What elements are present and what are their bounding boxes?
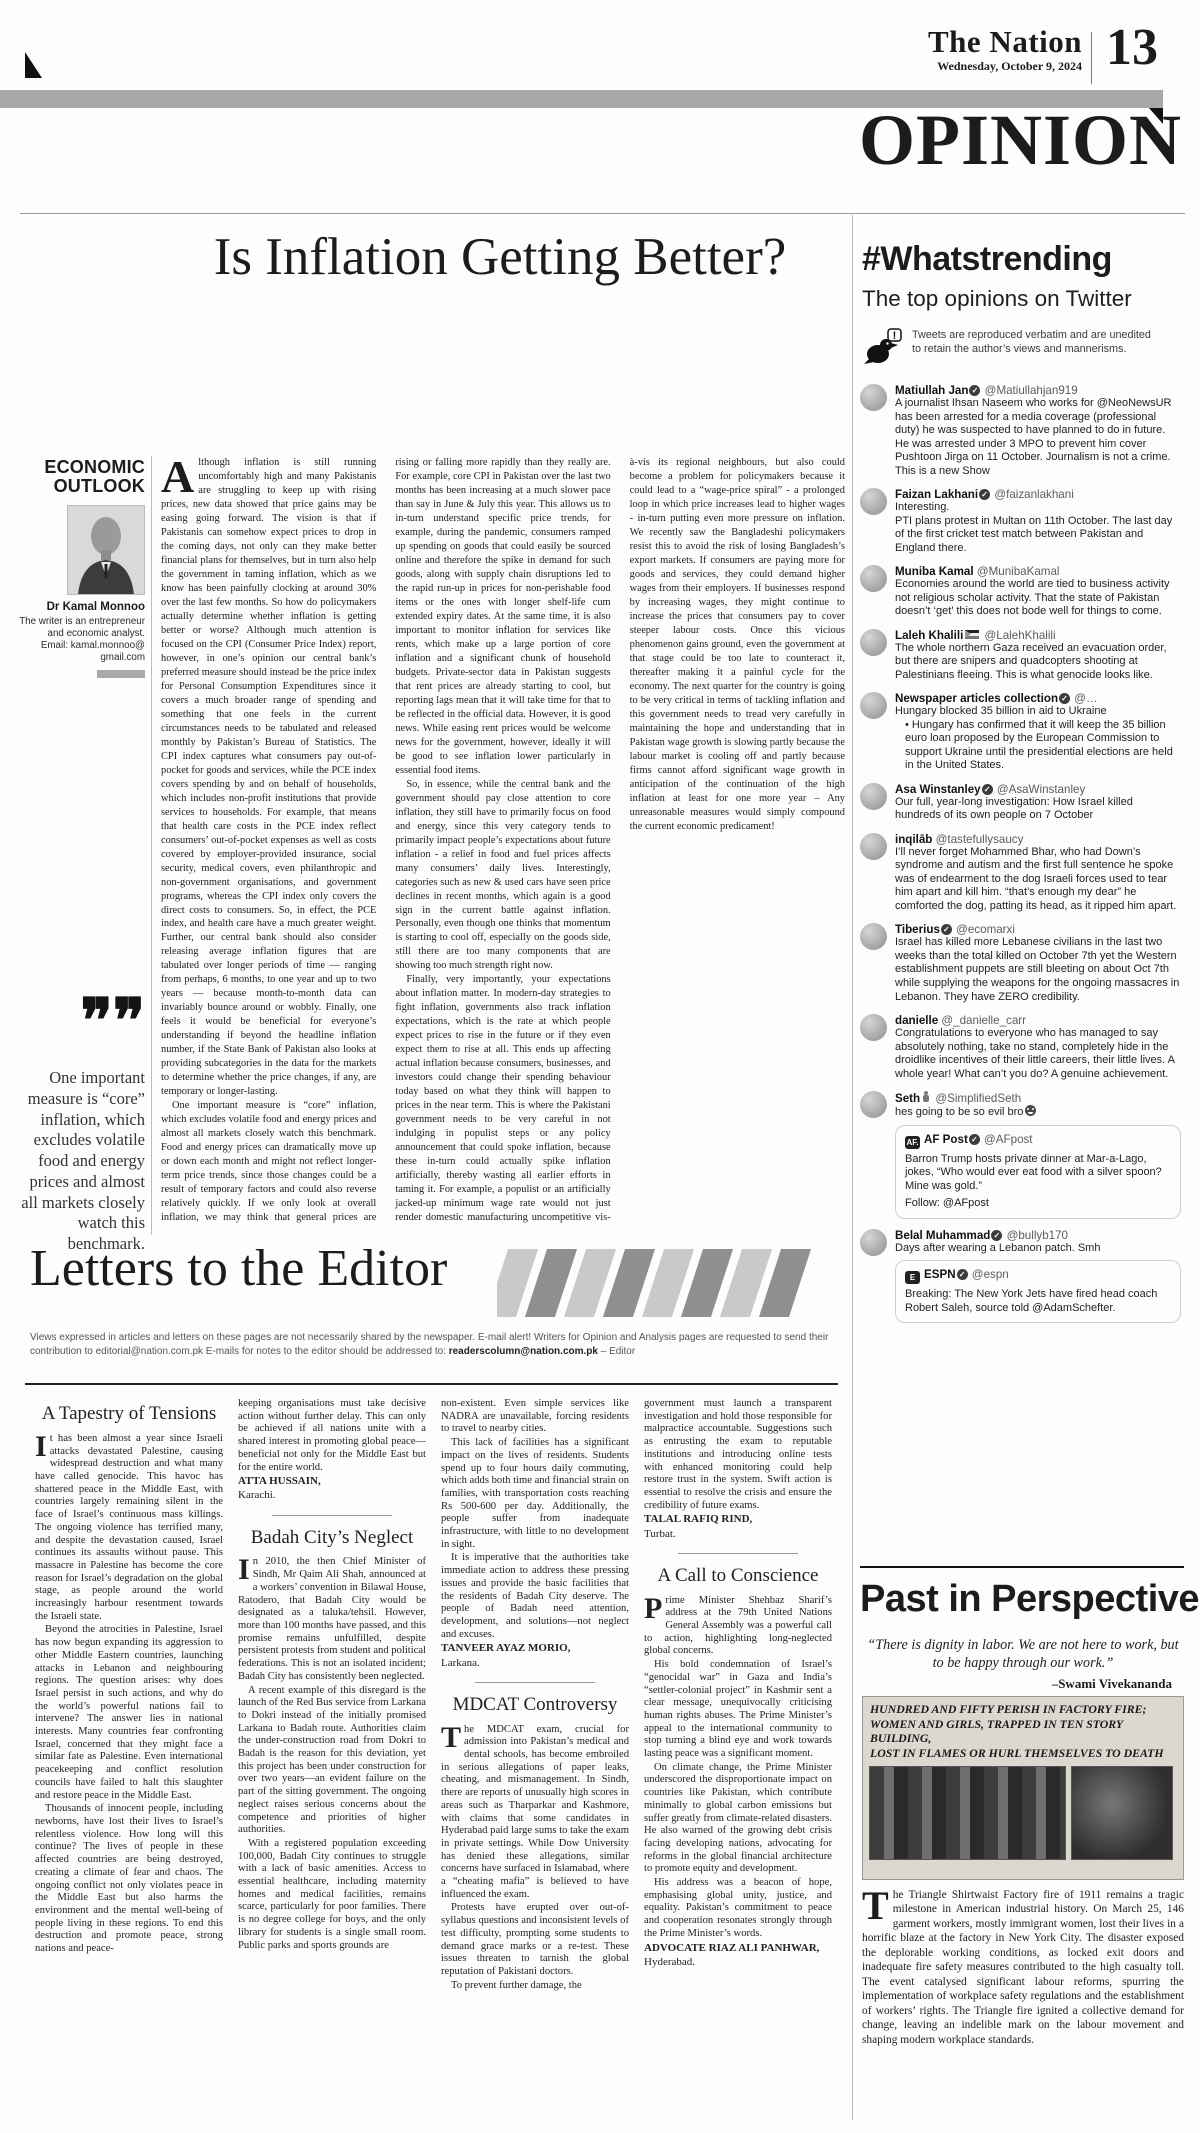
letters-section-title: Letters to the Editor (30, 1243, 447, 1295)
clipping-headline-line: HUNDRED AND FIFTY PERISH IN FACTORY FIRE… (870, 1702, 1176, 1717)
clipping-headline-line: WOMEN AND GIRLS, TRAPPED IN TEN STORY BU… (870, 1717, 1176, 1746)
tweet-handle: @tastefullysaucy (932, 833, 1023, 846)
letter-paragraph: Prime Minister Shehbaz Sharif’s address … (644, 1595, 832, 1659)
tweet-author: Seth @SimplifiedSeth (895, 1091, 1181, 1105)
tweet: Muniba Kamal @MunibaKamalEconomies aroun… (860, 565, 1185, 619)
quote-marks-icon: ❞❞ (18, 1006, 145, 1036)
avatar (860, 833, 887, 860)
quoted-author-name: ESPN (924, 1268, 956, 1281)
letter-heading: MDCAT Controversy (441, 1695, 629, 1716)
tweet-text: Congratulations to everyone who has mana… (895, 1027, 1181, 1081)
tweet-author: Newspaper articles collection✓ @… (895, 692, 1181, 705)
tweet-handle: @_danielle_carr (938, 1014, 1026, 1027)
letter-signature: TALAL RAFIQ RIND, (644, 1513, 832, 1526)
tweet-author-name: Matiullah Jan (895, 384, 968, 397)
tweet-body: Matiullah Jan✓ @Matiullahjan919A journal… (895, 384, 1181, 478)
masthead: The Nation Wednesday, October 9, 2024 (928, 26, 1082, 74)
clipping-headline: HUNDRED AND FIFTY PERISH IN FACTORY FIRE… (863, 1697, 1183, 1764)
quoted-tweet-paragraph: Barron Trump hosts private dinner at Mar… (905, 1153, 1171, 1194)
tweet-author: Tiberius✓ @ecomarxi (895, 923, 1181, 936)
svg-text:!: ! (893, 330, 897, 342)
avatar (860, 692, 887, 719)
quoted-handle: @espn (969, 1268, 1009, 1281)
letter-paragraph: On climate change, the Prime Minister un… (644, 1762, 832, 1876)
tweet: Faizan Lakhani✓ @faizanlakhaniInterestin… (860, 488, 1185, 555)
tweet-author-name: Laleh Khalili (895, 629, 963, 642)
letters-rule (25, 1383, 838, 1385)
letter-paragraph: His bold condemnation of Israel’s “genoc… (644, 1659, 832, 1761)
tweet-author-name: Newspaper articles collection (895, 692, 1058, 705)
author-column: ECONOMIC OUTLOOK Dr Kamal Monnoo The wri… (18, 458, 145, 678)
sidebar-rule (852, 215, 853, 2120)
letter-paragraph: non-existent. Even simple services like … (441, 1398, 629, 1436)
author-name: Dr Kamal Monnoo (18, 601, 145, 613)
letter-signature-block: TANVEER AYAZ MORIO,Larkana. (441, 1642, 629, 1669)
letter-signature: ADVOCATE RIAZ ALI PANHWAR, (644, 1942, 832, 1955)
tweet-handle: @Matiullahjan919 (981, 384, 1077, 397)
letter-signature: TANVEER AYAZ MORIO, (441, 1642, 629, 1655)
tweets-list: Matiullah Jan✓ @Matiullahjan919A journal… (860, 384, 1185, 1333)
letter-signature-block: ATTA HUSSAIN,Karachi. (238, 1475, 426, 1502)
author-photo (67, 505, 145, 595)
letter-paragraph: keeping organisations must take decisive… (238, 1398, 426, 1474)
avatar (860, 1091, 887, 1118)
clipping-photo-right (1071, 1766, 1173, 1860)
tweet-paragraph: Congratulations to everyone who has mana… (895, 1027, 1181, 1081)
past-section-title: Past in Perspective (860, 1578, 1199, 1621)
tweet-body: Belal Muhammad✓ @bullyb170Days after wea… (895, 1229, 1181, 1324)
avatar (860, 384, 887, 411)
clipping-photos (863, 1764, 1183, 1862)
tweet-handle: @AsaWinstanley (994, 783, 1086, 796)
letters-column-2: keeping organisations must take decisive… (238, 1398, 426, 2124)
tweet-body: danielle @_danielle_carrCongratulations … (895, 1014, 1181, 1081)
whatstrending-subtitle: The top opinions on Twitter (862, 286, 1132, 312)
tweet-paragraph: A journalist Ihsan Naseem who works for … (895, 397, 1181, 478)
verified-badge-icon: ✓ (957, 1269, 968, 1280)
tweet: Tiberius✓ @ecomarxiIsrael has killed mor… (860, 923, 1185, 1004)
letter-divider (272, 1515, 392, 1516)
letter-paragraph: A recent example of this disregard is th… (238, 1685, 426, 1837)
tweet-paragraph: I’ll never forget Mohammed Bhar, who had… (895, 846, 1181, 914)
tweet-paragraph: Days after wearing a Lebanon patch. Smh (895, 1242, 1181, 1256)
quoted-author-name: AF Post (924, 1133, 968, 1146)
tweet-text: Israel has killed more Lebanese civilian… (895, 936, 1181, 1004)
author-bio: The writer is an entrepreneur and econom… (18, 616, 145, 664)
whatstrending-title: #Whatstrending (862, 240, 1112, 279)
tweet-text: Interesting.PTI plans protest in Multan … (895, 501, 1181, 555)
letter-paragraph: The MDCAT exam, crucial for admission in… (441, 1724, 629, 1902)
tweet-author-name: Faizan Lakhani (895, 488, 978, 501)
letter-city: Larkana. (441, 1657, 629, 1670)
tweet-body: inqilāb @tastefullysaucyI’ll never forge… (895, 833, 1181, 914)
tweet: Asa Winstanley✓ @AsaWinstanleyOur full, … (860, 783, 1185, 823)
verified-badge-icon: ✓ (979, 489, 990, 500)
avatar (860, 1229, 887, 1256)
avatar (860, 923, 887, 950)
tweet-body: Laleh Khalili @LalehKhaliliThe whole nor… (895, 629, 1181, 683)
letter-paragraph: It is imperative that the authorities ta… (441, 1552, 629, 1641)
letter-signature: ATTA HUSSAIN, (238, 1475, 426, 1488)
quoted-handle: @AFpost (981, 1133, 1033, 1146)
letter-city: Hyderabad. (644, 1956, 832, 1969)
quoted-account-logo-icon: E (905, 1271, 920, 1284)
tweet-paragraph: PTI plans protest in Multan on 11th Octo… (895, 515, 1181, 556)
letter-paragraph: To prevent further damage, the (441, 1980, 629, 1993)
page-number: 13 (1106, 18, 1158, 77)
verified-badge-icon: ✓ (969, 1134, 980, 1145)
tweet-paragraph: The whole northern Gaza received an evac… (895, 642, 1181, 683)
tweet-handle: @SimplifiedSeth (932, 1092, 1021, 1105)
whatstrending-note-text: Tweets are reproduced verbatim and are u… (912, 328, 1162, 368)
whatstrending-note: ! Tweets are reproduced verbatim and are… (862, 328, 1184, 368)
author-gray-bar (97, 670, 145, 678)
avatar (860, 629, 887, 656)
verified-badge-icon: ✓ (991, 1230, 1002, 1241)
top-rule (20, 213, 1185, 214)
avatar (860, 565, 887, 592)
tweet-text: I’ll never forget Mohammed Bhar, who had… (895, 846, 1181, 914)
corner-flag-icon (25, 52, 42, 78)
tweet: Belal Muhammad✓ @bullyb170Days after wea… (860, 1229, 1185, 1324)
tweet-handle: @ecomarxi (953, 923, 1015, 936)
past-quote-attribution: –Swami Vivekananda (862, 1676, 1172, 1692)
tweet-author: Faizan Lakhani✓ @faizanlakhani (895, 488, 1181, 501)
quoted-tweet-author: AF.AF Post✓ @AFpost (905, 1133, 1171, 1149)
twitter-bird-icon: ! (862, 328, 904, 368)
tweet-handle: @MunibaKamal (974, 565, 1060, 578)
tweet-body: Newspaper articles collection✓ @…Hungary… (895, 692, 1181, 773)
letter-paragraph: With a registered population exceeding 1… (238, 1838, 426, 1952)
masthead-date: Wednesday, October 9, 2024 (928, 59, 1082, 74)
article-paragraph: Although inflation is still running unco… (161, 456, 376, 1099)
letter-city: Karachi. (238, 1489, 426, 1502)
tweet-handle: @LalehKhalili (981, 629, 1055, 642)
tweet: Matiullah Jan✓ @Matiullahjan919A journal… (860, 384, 1185, 478)
tweet-author: Matiullah Jan✓ @Matiullahjan919 (895, 384, 1181, 397)
avatar (860, 488, 887, 515)
past-body-text: The Triangle Shirtwaist Factory fire of … (862, 1888, 1184, 2098)
crying-face-emoji-icon (1025, 1105, 1036, 1116)
article-headline: Is Inflation Getting Better? (120, 230, 880, 286)
letter-paragraph: Protests have erupted over out-of-syllab… (441, 1902, 629, 1978)
masthead-title: The Nation (928, 26, 1082, 57)
avatar (860, 1014, 887, 1041)
person-emoji-icon (922, 1091, 930, 1102)
verified-badge-icon: ✓ (982, 784, 993, 795)
letters-column-1: A Tapestry of TensionsIt has been almost… (35, 1398, 223, 2124)
tweet-paragraph: • Hungary has confirmed that it will kee… (895, 719, 1181, 773)
tweet-author: Muniba Kamal @MunibaKamal (895, 565, 1181, 578)
letter-divider (475, 1682, 595, 1683)
tweet-author-name: Muniba Kamal (895, 565, 974, 578)
column-rule (151, 456, 152, 1235)
letter-divider (678, 1553, 798, 1554)
letter-heading: Badah City’s Neglect (238, 1528, 426, 1549)
tweet-body: Muniba Kamal @MunibaKamalEconomies aroun… (895, 565, 1181, 619)
clipping-headline-line: LOST IN FLAMES OR HURL THEMSELVES TO DEA… (870, 1746, 1176, 1761)
tweet-text: A journalist Ihsan Naseem who works for … (895, 397, 1181, 478)
letter-paragraph: Thousands of innocent people, including … (35, 1803, 223, 1955)
tweet-author: Belal Muhammad✓ @bullyb170 (895, 1229, 1181, 1242)
letter-paragraph: government must launch a transparent inv… (644, 1398, 832, 1512)
letters-intro-tail: – Editor (598, 1346, 635, 1357)
tweet-author: Asa Winstanley✓ @AsaWinstanley (895, 783, 1181, 796)
tweet-author-name: danielle (895, 1014, 938, 1027)
quoted-account-logo-icon: AF. (905, 1136, 920, 1149)
article-paragraph: So, in essence, while the central bank a… (395, 778, 610, 974)
letter-paragraph: His address was a beacon of hope, emphas… (644, 1877, 832, 1941)
tweet-author: Laleh Khalili @LalehKhalili (895, 629, 1181, 642)
section-title-opinion: OPINION (859, 104, 1182, 176)
past-quote: “There is dignity in labor. We are not h… (862, 1636, 1184, 1673)
tweet-paragraph: Israel has killed more Lebanese civilian… (895, 936, 1181, 1004)
tweet-text: Our full, year-long investigation: How I… (895, 796, 1181, 823)
letter-city: Turbat. (644, 1528, 832, 1541)
tweet-handle: @… (1071, 692, 1098, 705)
quoted-tweet-author: EESPN✓ @espn (905, 1268, 1171, 1284)
tweet-paragraph: Hungary blocked 35 billion in aid to Ukr… (895, 705, 1181, 719)
tweet-author-name: Belal Muhammad (895, 1229, 990, 1242)
tweet-author-name: inqilāb (895, 833, 932, 846)
tweet-text: The whole northern Gaza received an evac… (895, 642, 1181, 683)
letters-intro: Views expressed in articles and letters … (30, 1331, 838, 1359)
letters-column-3: non-existent. Even simple services like … (441, 1398, 629, 2124)
past-rule (860, 1566, 1184, 1568)
tweet-paragraph: Economies around the world are tied to b… (895, 578, 1181, 619)
tweet-handle: @bullyb170 (1003, 1229, 1068, 1242)
letter-paragraph: This lack of facilities has a significan… (441, 1437, 629, 1551)
tweet-paragraph: hes going to be so evil bro (895, 1105, 1181, 1120)
verified-badge-icon: ✓ (941, 924, 952, 935)
tweet-text: Hungary blocked 35 billion in aid to Ukr… (895, 705, 1181, 773)
quoted-tweet: EESPN✓ @espnBreaking: The New York Jets … (895, 1260, 1181, 1323)
past-newspaper-clipping: HUNDRED AND FIFTY PERISH IN FACTORY FIRE… (862, 1696, 1184, 1880)
letter-heading: A Tapestry of Tensions (35, 1404, 223, 1425)
avatar (860, 783, 887, 810)
quoted-tweet: AF.AF Post✓ @AFpostBarron Trump hosts pr… (895, 1125, 1181, 1219)
column-label: ECONOMIC OUTLOOK (18, 458, 145, 497)
tweet-text: Days after wearing a Lebanon patch. Smh (895, 1242, 1181, 1256)
tweet-body: Tiberius✓ @ecomarxiIsrael has killed mor… (895, 923, 1181, 1004)
article-body: Although inflation is still running unco… (161, 456, 845, 1238)
tweet-body: Faizan Lakhani✓ @faizanlakhaniInterestin… (895, 488, 1181, 555)
tweet-paragraph: Our full, year-long investigation: How I… (895, 796, 1181, 823)
letters-column-4: government must launch a transparent inv… (644, 1398, 832, 2124)
tweet-paragraph: Interesting. (895, 501, 1181, 515)
clipping-photo-left (869, 1766, 1066, 1860)
tweet: Newspaper articles collection✓ @…Hungary… (860, 692, 1185, 773)
tweet-handle: @faizanlakhani (991, 488, 1074, 501)
tweet-body: Asa Winstanley✓ @AsaWinstanleyOur full, … (895, 783, 1181, 823)
letter-paragraph: Beyond the atrocities in Palestine, Isra… (35, 1624, 223, 1802)
masthead-divider (1091, 32, 1092, 84)
tweet-author: inqilāb @tastefullysaucy (895, 833, 1181, 846)
letter-signature-block: ADVOCATE RIAZ ALI PANHWAR,Hyderabad. (644, 1942, 832, 1969)
verified-badge-icon: ✓ (969, 385, 980, 396)
palestine-flag-icon (965, 630, 979, 639)
letter-paragraph: In 2010, the then Chief Minister of Sind… (238, 1556, 426, 1683)
quoted-tweet-paragraph: Breaking: The New York Jets have fired h… (905, 1288, 1171, 1315)
letters-intro-text: Views expressed in articles and letters … (30, 1332, 828, 1357)
tweet: Seth @SimplifiedSethhes going to be so e… (860, 1091, 1185, 1219)
tweet-text: Economies around the world are tied to b… (895, 578, 1181, 619)
tweet-author-name: Seth (895, 1092, 920, 1105)
tweet-text: hes going to be so evil bro (895, 1105, 1181, 1120)
letter-paragraph: It has been almost a year since Israeli … (35, 1433, 223, 1624)
letter-heading: A Call to Conscience (644, 1566, 832, 1587)
tweet-author-name: Asa Winstanley (895, 783, 981, 796)
verified-badge-icon: ✓ (1059, 693, 1070, 704)
tweet: inqilāb @tastefullysaucyI’ll never forge… (860, 833, 1185, 914)
quoted-tweet-paragraph: Follow: @AFpost (905, 1197, 1171, 1211)
tweet-author-name: Tiberius (895, 923, 940, 936)
newspaper-page: The Nation Wednesday, October 9, 2024 13… (0, 0, 1200, 2133)
tweet-author: danielle @_danielle_carr (895, 1014, 1181, 1027)
tweet: danielle @_danielle_carrCongratulations … (860, 1014, 1185, 1081)
letter-signature-block: TALAL RAFIQ RIND,Turbat. (644, 1513, 832, 1540)
tweet: Laleh Khalili @LalehKhaliliThe whole nor… (860, 629, 1185, 683)
letters-stripes-decoration (497, 1249, 839, 1317)
tweet-body: Seth @SimplifiedSethhes going to be so e… (895, 1091, 1181, 1219)
letters-intro-email: readerscolumn@nation.com.pk (449, 1346, 598, 1357)
pull-quote: One important measure is “core” inflatio… (14, 1068, 145, 1255)
